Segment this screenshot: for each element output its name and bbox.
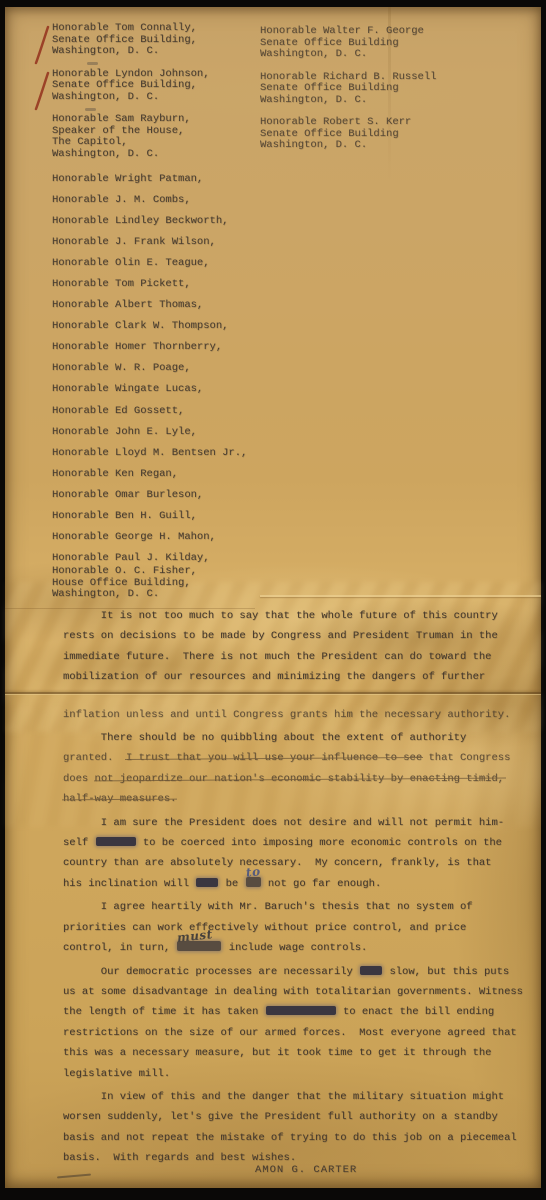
signature-line: AMON G. CARTER bbox=[255, 1164, 357, 1176]
letter-line: rests on decisions to be made by Congres… bbox=[63, 626, 523, 646]
text-segment: slow, but this puts bbox=[383, 966, 509, 978]
letter-body: It is not too much to say that the whole… bbox=[63, 606, 523, 1172]
paragraph: Our democratic processes are necessarily… bbox=[63, 962, 523, 1084]
text-segment: immediate future. There is not much the … bbox=[63, 651, 491, 663]
redaction-mark bbox=[196, 878, 218, 887]
letter-line: half-way measures. bbox=[63, 789, 523, 809]
letter-line: restrictions on the size of our armed fo… bbox=[63, 1023, 523, 1043]
text-segment: the length of time it has taken bbox=[63, 1006, 265, 1018]
text-segment: priorities can work effectively without … bbox=[63, 922, 466, 934]
paragraph: There should be no quibbling about the e… bbox=[63, 728, 523, 810]
address-line: Honorable Robert S. Kerr bbox=[260, 117, 436, 129]
address-line: Honorable Tom Connally, bbox=[52, 23, 210, 35]
recipient-line: Honorable Homer Thornberry, bbox=[52, 337, 247, 358]
letter-line: the length of time it has taken to enact… bbox=[63, 1002, 523, 1022]
recipient-line: Honorable Wright Patman, bbox=[52, 169, 247, 190]
letter-line: control, in turn, must include wage cont… bbox=[63, 938, 523, 958]
redaction-mark bbox=[266, 1006, 336, 1015]
address-line: Washington, D. C. bbox=[52, 92, 210, 104]
address-line: Washington, D. C. bbox=[52, 46, 210, 58]
recipient-list: Honorable Wright Patman,Honorable J. M. … bbox=[52, 169, 247, 569]
text-segment: worsen suddenly, let's give the Presiden… bbox=[63, 1111, 498, 1123]
address-line: Washington, D. C. bbox=[260, 49, 436, 61]
red-checkmark-icon bbox=[33, 25, 51, 65]
text-segment: restrictions on the size of our armed fo… bbox=[63, 1027, 517, 1039]
text-segment: control, in turn, bbox=[63, 942, 176, 954]
recipient-line: Honorable Olin E. Teague, bbox=[52, 253, 247, 274]
address-block: Honorable Tom Connally,Senate Office Bui… bbox=[52, 23, 210, 58]
text-segment: self bbox=[63, 837, 95, 849]
text-segment: does bbox=[63, 773, 95, 785]
recipient-line: Honorable George H. Mahon, bbox=[52, 527, 247, 548]
text-segment: inflation unless and until Congress gran… bbox=[63, 709, 510, 721]
letter-line: granted. I trust that you will use your … bbox=[63, 748, 523, 768]
recipient-line: Honorable Clark W. Thompson, bbox=[52, 316, 247, 337]
address-block: Honorable Richard B. RussellSenate Offic… bbox=[260, 72, 436, 107]
address-line: Senate Office Building, bbox=[52, 80, 210, 92]
recipient-line: Honorable Wingate Lucas, bbox=[52, 379, 247, 400]
text-segment: I agree heartily with Mr. Baruch's thesi… bbox=[63, 901, 473, 913]
address-line: Washington, D. C. bbox=[260, 140, 436, 152]
recipient-line: Honorable J. M. Combs, bbox=[52, 190, 247, 211]
address-line: Honorable O. C. Fisher, bbox=[52, 566, 197, 578]
recipient-line: Honorable Albert Thomas, bbox=[52, 295, 247, 316]
letter-line: It is not too much to say that the whole… bbox=[63, 606, 523, 626]
text-segment: There should be no quibbling about the e… bbox=[63, 732, 466, 744]
typewriter-smudge bbox=[85, 108, 96, 111]
letter-line: this was a necessary measure, but it too… bbox=[63, 1043, 523, 1063]
text-segment: legislative mill. bbox=[63, 1068, 170, 1080]
address-line: Washington, D. C. bbox=[52, 589, 197, 601]
text-segment: Our democratic processes are necessarily bbox=[63, 966, 359, 978]
handwritten-insert: to bbox=[245, 861, 262, 883]
text-segment: rests on decisions to be made by Congres… bbox=[63, 630, 498, 642]
letter-line: In view of this and the danger that the … bbox=[63, 1087, 523, 1107]
letter-line: does not jeopardize our nation's economi… bbox=[63, 769, 523, 789]
text-segment: In view of this and the danger that the … bbox=[63, 1091, 504, 1103]
redaction-mark: to bbox=[246, 877, 261, 887]
address-block: Honorable Lyndon Johnson,Senate Office B… bbox=[52, 69, 210, 104]
address-line: Honorable Walter F. George bbox=[260, 26, 436, 38]
paragraph: I agree heartily with Mr. Baruch's thesi… bbox=[63, 897, 523, 958]
recipient-line: Honorable Lloyd M. Bentsen Jr., bbox=[52, 443, 247, 464]
letter-line: worsen suddenly, let's give the Presiden… bbox=[63, 1107, 523, 1127]
address-line: The Capitol, bbox=[52, 137, 210, 149]
pencil-struck-text: half-way measures. bbox=[63, 793, 176, 805]
letter-line: country than are absolutely necessary. M… bbox=[63, 853, 523, 873]
address-block: Honorable Walter F. GeorgeSenate Office … bbox=[260, 26, 436, 61]
letter-line: us at some disadvantage in dealing with … bbox=[63, 982, 523, 1002]
text-segment: this was a necessary measure, but it too… bbox=[63, 1047, 491, 1059]
letter-line: self to be coerced into imposing more ec… bbox=[63, 833, 523, 853]
typewriter-smudge bbox=[87, 62, 98, 65]
letter-page: Honorable Tom Connally,Senate Office Bui… bbox=[5, 7, 541, 1188]
letter-line: priorities can work effectively without … bbox=[63, 918, 523, 938]
text-segment: to be coerced into imposing more economi… bbox=[137, 837, 502, 849]
letter-line: I am sure the President does not desire … bbox=[63, 813, 523, 833]
address-line: Senate Office Building bbox=[260, 83, 436, 95]
address-block: Honorable Sam Rayburn,Speaker of the Hou… bbox=[52, 114, 210, 160]
letter-line: I agree heartily with Mr. Baruch's thesi… bbox=[63, 897, 523, 917]
redaction-mark: must bbox=[177, 941, 221, 951]
handwritten-insert: must bbox=[176, 924, 214, 948]
recipient-line: Honorable Ben H. Guill, bbox=[52, 506, 247, 527]
paragraph: In view of this and the danger that the … bbox=[63, 1087, 523, 1169]
text-segment: I am sure the President does not desire … bbox=[63, 817, 504, 829]
address-line: Honorable Sam Rayburn, bbox=[52, 114, 210, 126]
recipient-line: Honorable Tom Pickett, bbox=[52, 274, 247, 295]
recipient-line: Honorable John E. Lyle, bbox=[52, 422, 247, 443]
address-block: Honorable Robert S. KerrSenate Office Bu… bbox=[260, 117, 436, 152]
final-recipient-block: Honorable O. C. Fisher,House Office Buil… bbox=[52, 566, 197, 601]
address-line: Washington, D. C. bbox=[260, 95, 436, 107]
pencil-struck-text: I trust that you will use your influence… bbox=[126, 752, 422, 764]
text-segment: basis. With regards and best wishes. bbox=[63, 1152, 296, 1164]
redaction-mark bbox=[360, 966, 382, 975]
text-segment: his inclination will bbox=[63, 878, 195, 890]
redaction-mark bbox=[96, 837, 136, 846]
letter-line: mobilization of our resources and minimi… bbox=[63, 667, 523, 687]
pencil-struck-text: not jeopardize our nation's economic sta… bbox=[95, 773, 505, 785]
letter-line: Our democratic processes are necessarily… bbox=[63, 962, 523, 982]
text-segment: be bbox=[219, 878, 244, 890]
paragraph: It is not too much to say that the whole… bbox=[63, 606, 523, 725]
letter-line: immediate future. There is not much the … bbox=[63, 647, 523, 667]
letter-line: There should be no quibbling about the e… bbox=[63, 728, 523, 748]
recipient-line: Honorable Lindley Beckworth, bbox=[52, 211, 247, 232]
text-segment: to enact the bill ending bbox=[337, 1006, 495, 1018]
address-column-right: Honorable Walter F. GeorgeSenate Office … bbox=[260, 26, 436, 163]
fold-crease bbox=[260, 595, 541, 597]
text-segment: include wage controls. bbox=[222, 942, 367, 954]
address-line: Washington, D. C. bbox=[52, 149, 210, 161]
text-segment: country than are absolutely necessary. M… bbox=[63, 857, 491, 869]
recipient-line: Honorable Ken Regan, bbox=[52, 464, 247, 485]
text-segment: mobilization of our resources and minimi… bbox=[63, 671, 485, 683]
text-segment: basis and not repeat the mistake of tryi… bbox=[63, 1132, 517, 1144]
text-segment: that Congress bbox=[422, 752, 510, 764]
letter-line: his inclination will be to not go far en… bbox=[63, 874, 523, 894]
letter-line: legislative mill. bbox=[63, 1064, 523, 1084]
pencil-dash-mark bbox=[57, 1174, 91, 1179]
recipient-line: Honorable J. Frank Wilson, bbox=[52, 232, 247, 253]
address-column-left: Honorable Tom Connally,Senate Office Bui… bbox=[52, 23, 210, 171]
recipient-line: Honorable W. R. Poage, bbox=[52, 358, 247, 379]
text-segment: granted. bbox=[63, 752, 126, 764]
text-segment: It is not too much to say that the whole… bbox=[63, 610, 498, 622]
recipient-line: Honorable Ed Gossett, bbox=[52, 401, 247, 422]
paragraph: I am sure the President does not desire … bbox=[63, 813, 523, 895]
letter-line: inflation unless and until Congress gran… bbox=[63, 705, 523, 725]
text-segment: us at some disadvantage in dealing with … bbox=[63, 986, 523, 998]
recipient-line: Honorable Omar Burleson, bbox=[52, 485, 247, 506]
text-segment: not go far enough. bbox=[262, 878, 382, 890]
letter-line: basis and not repeat the mistake of tryi… bbox=[63, 1128, 523, 1148]
red-checkmark-icon bbox=[33, 71, 51, 111]
